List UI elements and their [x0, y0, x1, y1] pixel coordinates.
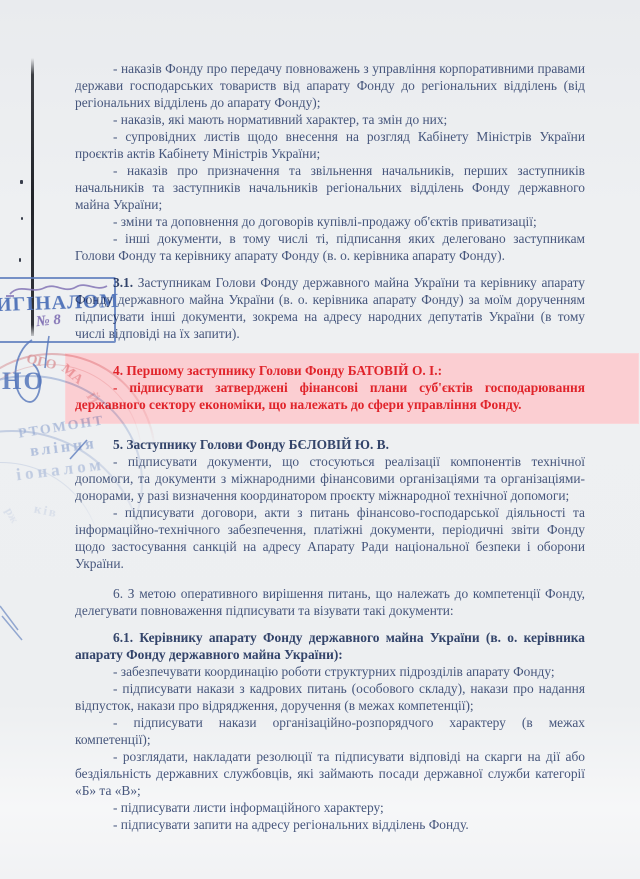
document-body: - наказів Фонду про передачу повноважень…	[75, 60, 585, 833]
blue-seal-text-rzh: рж	[1, 505, 21, 526]
list-item: - наказів про призначення та звільнення …	[75, 162, 585, 213]
section-6-1-heading: 6.1. Керівнику апарату Фонду державного …	[75, 629, 585, 663]
pen-stroke	[45, 336, 49, 368]
blue-seal-text-k: к	[6, 623, 19, 643]
list-item: - підписувати листи інформаційного харак…	[75, 799, 585, 816]
list-item: - розглядати, накладати резолюції та під…	[75, 748, 585, 799]
section-3-1-paragraph: 3.1. Заступникам Голови Фонду державного…	[75, 274, 585, 342]
scan-speck	[19, 258, 21, 262]
list-item: - підписувати документи, що стосуються р…	[75, 453, 585, 504]
pen-hatch-strokes	[0, 606, 22, 640]
list-item: - наказів, які мають нормативний характе…	[75, 111, 585, 128]
blue-seal-fragment-no: НО	[2, 368, 45, 396]
scan-speck	[20, 180, 23, 184]
section-4-heading: 4. Першому заступнику Голови Фонду БАТОВ…	[75, 362, 585, 379]
list-item: - наказів Фонду про передачу повноважень…	[75, 60, 585, 111]
left-margin-fold-line	[31, 58, 34, 336]
red-seal-text-ogo: ОГО	[25, 352, 58, 375]
list-item: - забезпечувати координацію роботи струк…	[75, 663, 585, 680]
highlighted-section-4: 4. Першому заступнику Голови Фонду БАТОВ…	[66, 354, 638, 423]
scanned-document-page: - наказів Фонду про передачу повноважень…	[0, 0, 640, 879]
blue-seal-text-kiv: ків	[33, 501, 60, 522]
pen-loop-flourish	[15, 340, 40, 402]
list-item: - підписувати запити на адресу регіональ…	[75, 816, 585, 833]
section-6-paragraph: 6. З метою оперативного вирішення питань…	[75, 585, 585, 619]
section-5-heading: 5. Заступнику Голови Фонду БЄЛОВІЙ Ю. В.	[75, 436, 585, 453]
list-item: - підписувати договори, акти з питань фі…	[75, 504, 585, 572]
list-item: - підписувати накази з кадрових питань (…	[75, 680, 585, 714]
scan-speck	[21, 217, 23, 220]
list-item: - супровідних листів щодо внесення на ро…	[75, 128, 585, 162]
handwritten-number: № 8	[35, 312, 62, 332]
list-item: - інші документи, в тому числі ті, підпи…	[75, 230, 585, 264]
section-3-1-number: 3.1.	[113, 275, 133, 290]
section-4-bullet: - підписувати затверджені фінансові план…	[75, 379, 585, 413]
section-3-1-text: Заступникам Голови Фонду державного майн…	[75, 275, 585, 341]
list-item: - зміни та доповнення до договорів купів…	[75, 213, 585, 230]
blue-seal-text-er: ер	[0, 577, 19, 598]
blue-seal-text-u: У	[9, 549, 26, 569]
list-item: - підписувати накази організаційно-розпо…	[75, 714, 585, 748]
